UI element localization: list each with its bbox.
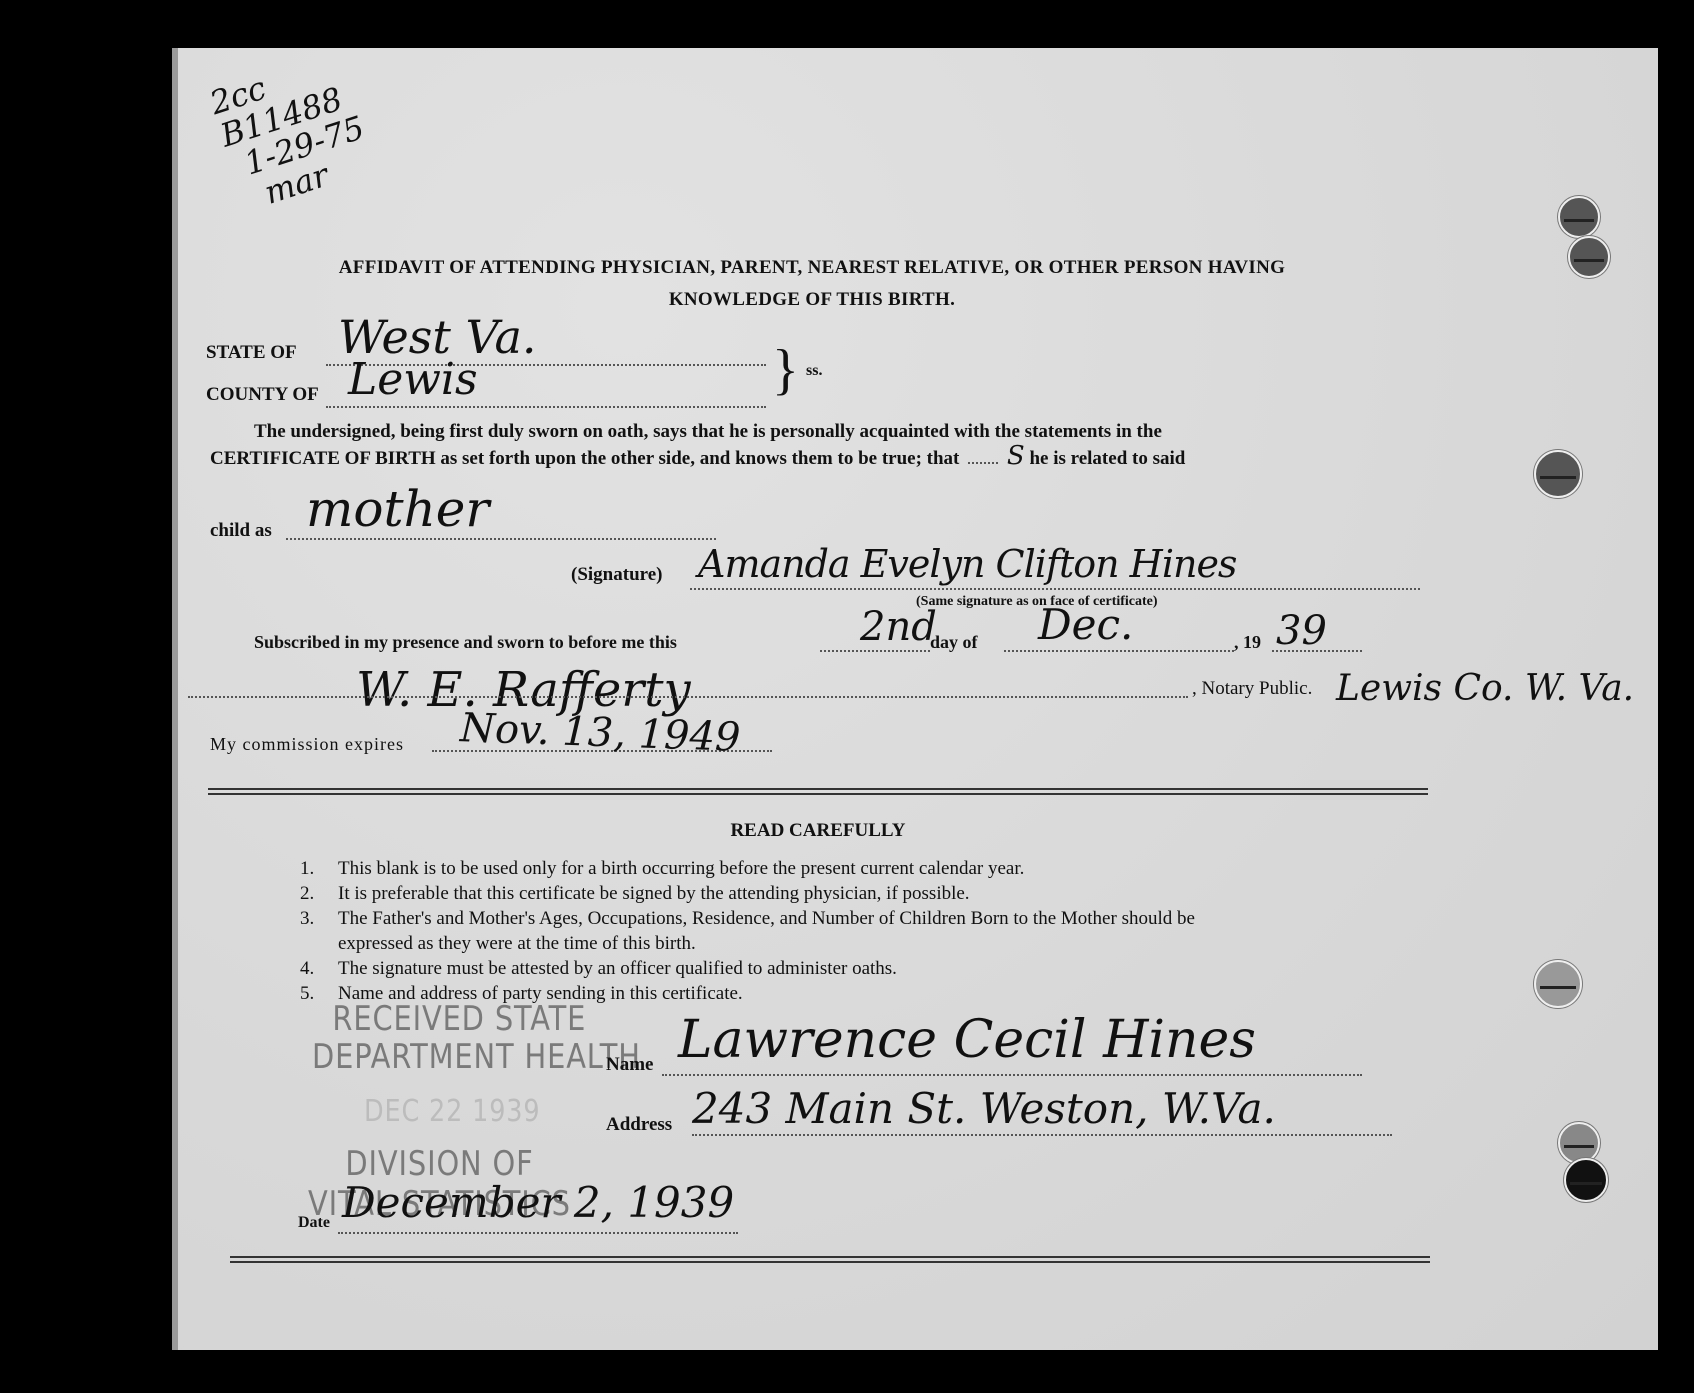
sender-name-line: [662, 1074, 1362, 1076]
punch-hole: [1534, 960, 1582, 1008]
document-heading: AFFIDAVIT OF ATTENDING PHYSICIAN, PARENT…: [202, 252, 1422, 316]
statement-line-1: The undersigned, being first duly sworn …: [254, 420, 1162, 444]
sender-address-label: Address: [606, 1114, 672, 1136]
affidavit-document: 2cc B11488 1-29-75 mar AFFIDAVIT OF ATTE…: [172, 48, 1658, 1350]
year-prefix: , 19: [1234, 632, 1261, 653]
date-value: December 2, 1939: [342, 1178, 734, 1227]
received-stamp-line-2: DEPARTMENT HEALTH: [312, 1038, 641, 1076]
relation-value: mother: [306, 480, 489, 538]
commission-label: My commission expires: [210, 734, 404, 755]
year-line: [1272, 650, 1362, 652]
county-label: COUNTY OF: [206, 384, 319, 406]
relation-line: [286, 538, 716, 540]
pronoun-blank: [968, 462, 998, 464]
signature-value: Amanda Evelyn Clifton Hines: [698, 542, 1236, 586]
county-line: [326, 406, 766, 408]
notary-line: [188, 696, 1188, 698]
notary-label: , Notary Public.: [1192, 678, 1312, 700]
punch-hole: [1564, 1158, 1608, 1202]
heading-line-1: AFFIDAVIT OF ATTENDING PHYSICIAN, PARENT…: [202, 252, 1422, 284]
day-line: [820, 650, 930, 652]
day-label: day of: [930, 632, 978, 653]
month-value: Dec.: [1038, 600, 1133, 649]
signature-label: (Signature): [571, 564, 662, 586]
instruction-item: 1.This blank is to be used only for a bi…: [300, 856, 1250, 881]
instructions-title: READ CAREFULLY: [178, 820, 1458, 842]
punch-hole: [1558, 196, 1600, 238]
state-label: STATE OF: [206, 342, 297, 364]
sender-address-line: [692, 1134, 1392, 1136]
punch-hole: [1558, 1122, 1600, 1164]
sender-name-label: Name: [606, 1054, 653, 1076]
county-value: Lewis: [348, 354, 478, 405]
day-value: 2nd: [860, 604, 937, 650]
divider-bottom: [230, 1256, 1430, 1263]
venue-bracket: }: [772, 340, 799, 400]
ss-label: ss.: [806, 362, 822, 380]
relation-label: child as: [210, 520, 272, 542]
divider-top: [208, 788, 1428, 795]
date-line: [338, 1232, 738, 1234]
punch-hole: [1534, 450, 1582, 498]
month-line: [1004, 650, 1234, 652]
punch-hole: [1568, 236, 1610, 278]
commission-value: Nov. 13, 1949: [459, 705, 741, 761]
year-value: 39: [1276, 608, 1327, 654]
signature-line: [690, 588, 1420, 590]
jurat-prefix: Subscribed in my presence and sworn to b…: [254, 632, 677, 653]
statement-line-2-tail: he is related to said: [1029, 448, 1185, 469]
pronoun-mark: S: [1007, 441, 1025, 471]
instruction-item: 3.The Father's and Mother's Ages, Occupa…: [300, 906, 1250, 956]
sender-address-value: 243 Main St. Weston, W.Va.: [692, 1084, 1276, 1133]
date-label: Date: [298, 1214, 330, 1232]
received-date-stamp: DEC 22 1939: [364, 1094, 540, 1129]
statement-line-2: CERTIFICATE OF BIRTH as set forth upon t…: [210, 444, 1185, 471]
received-stamp-line-1: RECEIVED STATE: [312, 1000, 641, 1038]
margin-notes: 2cc B11488 1-29-75 mar: [206, 46, 379, 218]
instruction-item: 4.The signature must be attested by an o…: [300, 956, 1250, 981]
sender-name-value: Lawrence Cecil Hines: [678, 1010, 1256, 1070]
statement-line-2-text: CERTIFICATE OF BIRTH as set forth upon t…: [210, 448, 959, 469]
instruction-item: 2.It is preferable that this certificate…: [300, 881, 1250, 906]
instructions-list: 1.This blank is to be used only for a bi…: [300, 856, 1250, 1006]
received-stamp: RECEIVED STATE DEPARTMENT HEALTH: [312, 1000, 641, 1076]
notary-county: Lewis Co. W. Va.: [1336, 668, 1634, 709]
